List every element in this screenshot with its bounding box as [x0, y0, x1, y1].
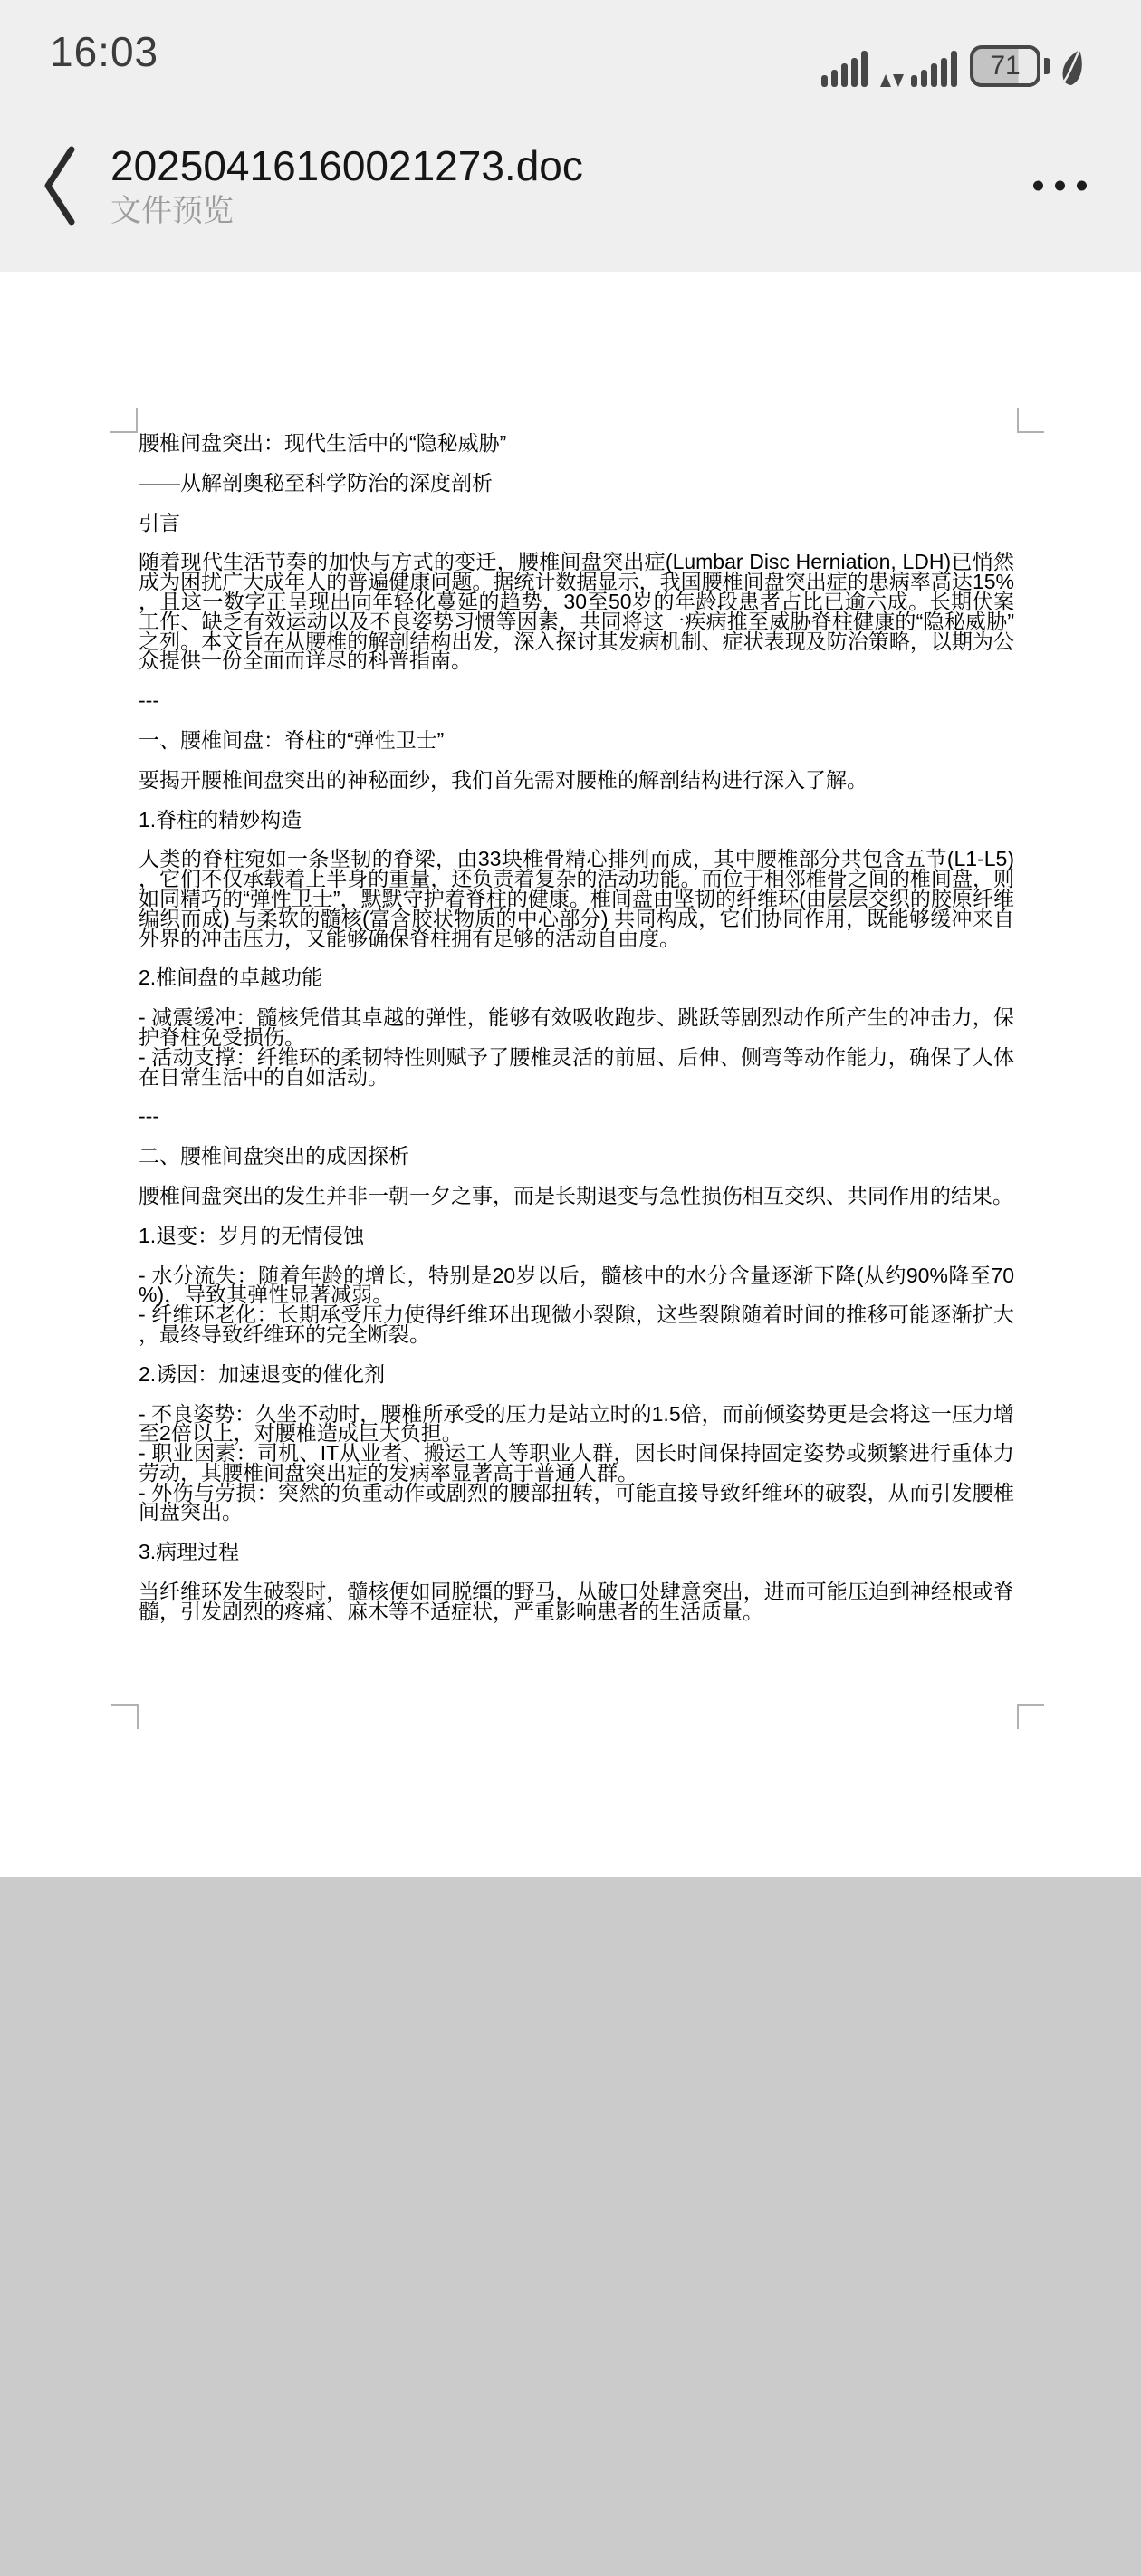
background-filler [0, 1877, 1141, 2576]
power-saving-leaf-icon [1058, 49, 1088, 87]
doc-paragraph: 3.病理过程 [139, 1543, 1014, 1562]
status-bar: 16:03 71 [0, 0, 1141, 100]
data-activity-icon [880, 71, 904, 87]
header-titles: 20250416160021273.doc 文件预览 [110, 140, 583, 231]
doc-paragraph: 2.椎间盘的卓越功能 [139, 968, 1014, 988]
doc-paragraph: 随着现代生活节奏的加快与方式的变迁，腰椎间盘突出症(Lumbar Disc He… [139, 553, 1014, 671]
doc-bullet-group: - 水分流失：随着年龄的增长，特别是20岁以后，髓核中的水分含量逐渐下降(从约9… [139, 1266, 1014, 1345]
doc-paragraph: 二、腰椎间盘突出的成因探析 [139, 1147, 1014, 1167]
doc-bullet-line: - 外伤与劳损：突然的负重动作或剧烈的腰部扭转，可能直接导致纤维环的破裂，从而引… [139, 1484, 1014, 1523]
doc-paragraph: 2.诱因：加速退变的催化剂 [139, 1365, 1014, 1385]
doc-paragraph: 1.脊柱的精妙构造 [139, 811, 1014, 831]
signal-bars-sim1-icon [821, 51, 868, 87]
page-corner-mark-bottom-left [111, 1704, 139, 1729]
doc-paragraph: --- [139, 1107, 1014, 1127]
doc-paragraph: 人类的脊柱宛如一条坚韧的脊梁，由33块椎骨精心排列而成，其中腰椎部分共包含五节(… [139, 850, 1014, 948]
doc-paragraph: 当纤维环发生破裂时，髓核便如同脱缰的野马，从破口处肆意突出，进而可能压迫到神经根… [139, 1582, 1014, 1622]
doc-bullet-line: - 水分流失：随着年龄的增长，特别是20岁以后，髓核中的水分含量逐渐下降(从约9… [139, 1266, 1014, 1306]
back-button[interactable] [34, 136, 85, 235]
document-preview-area[interactable]: 腰椎间盘突出：现代生活中的“隐秘威胁”——从解剖奥秘至科学防治的深度剖析引言随着… [0, 272, 1141, 1877]
doc-bullet-line: - 活动支撑：纤维环的柔韧特性则赋予了腰椎灵活的前屈、后伸、侧弯等动作能力，确保… [139, 1048, 1014, 1088]
doc-paragraph: 腰椎间盘突出：现代生活中的“隐秘威胁” [139, 434, 1014, 454]
page-corner-mark-top-left [110, 408, 138, 433]
doc-paragraph: 要揭开腰椎间盘突出的神秘面纱，我们首先需对腰椎的解剖结构进行深入了解。 [139, 771, 1014, 791]
doc-bullet-line: - 不良姿势：久坐不动时，腰椎所承受的压力是站立时的1.5倍，而前倾姿势更是会将… [139, 1405, 1014, 1445]
doc-bullet-group: - 不良姿势：久坐不动时，腰椎所承受的压力是站立时的1.5倍，而前倾姿势更是会将… [139, 1405, 1014, 1523]
doc-bullet-line: - 纤维环老化：长期承受压力使得纤维环出现微小裂隙，这些裂隙随着时间的推移可能逐… [139, 1305, 1014, 1345]
page-corner-mark-bottom-right [1017, 1704, 1044, 1729]
file-title: 20250416160021273.doc [110, 140, 583, 191]
doc-paragraph: 腰椎间盘突出的发生并非一朝一夕之事，而是长期退变与急性损伤相互交织、共同作用的结… [139, 1187, 1014, 1206]
battery-cap [1044, 58, 1050, 74]
dot [1055, 181, 1065, 191]
doc-paragraph: 1.退变：岁月的无情侵蚀 [139, 1226, 1014, 1246]
file-preview-header: 20250416160021273.doc 文件预览 [0, 100, 1141, 272]
doc-content: 腰椎间盘突出：现代生活中的“隐秘威胁”——从解剖奥秘至科学防治的深度剖析引言随着… [139, 434, 1014, 1642]
page-corner-mark-top-right [1017, 408, 1044, 433]
chevron-left-icon [41, 142, 79, 229]
battery-percent: 71 [990, 51, 1020, 82]
doc-paragraph: 引言 [139, 514, 1014, 533]
doc-paragraph: ——从解剖奥秘至科学防治的深度剖析 [139, 474, 1014, 494]
page-subtitle: 文件预览 [110, 191, 583, 231]
status-time: 16:03 [50, 27, 158, 76]
doc-bullet-line: - 职业因素：司机、IT从业者、搬运工人等职业人群，因长时间保持固定姿势或频繁进… [139, 1444, 1014, 1484]
doc-bullet-group: - 减震缓冲：髓核凭借其卓越的弹性，能够有效吸收跑步、跳跃等剧烈动作所产生的冲击… [139, 1008, 1014, 1087]
dot [1033, 181, 1043, 191]
dot [1077, 181, 1087, 191]
signal-bars-sim2-icon [911, 51, 957, 87]
more-menu-button[interactable] [1022, 163, 1098, 209]
doc-paragraph: --- [139, 691, 1014, 711]
doc-paragraph: 一、腰椎间盘：脊柱的“弹性卫士” [139, 731, 1014, 751]
doc-bullet-line: - 减震缓冲：髓核凭借其卓越的弹性，能够有效吸收跑步、跳跃等剧烈动作所产生的冲击… [139, 1008, 1014, 1048]
phone-screen: 16:03 71 20250416160021273.doc [0, 0, 1141, 2576]
battery-icon: 71 [970, 45, 1050, 87]
status-icons: 71 [821, 0, 1088, 100]
